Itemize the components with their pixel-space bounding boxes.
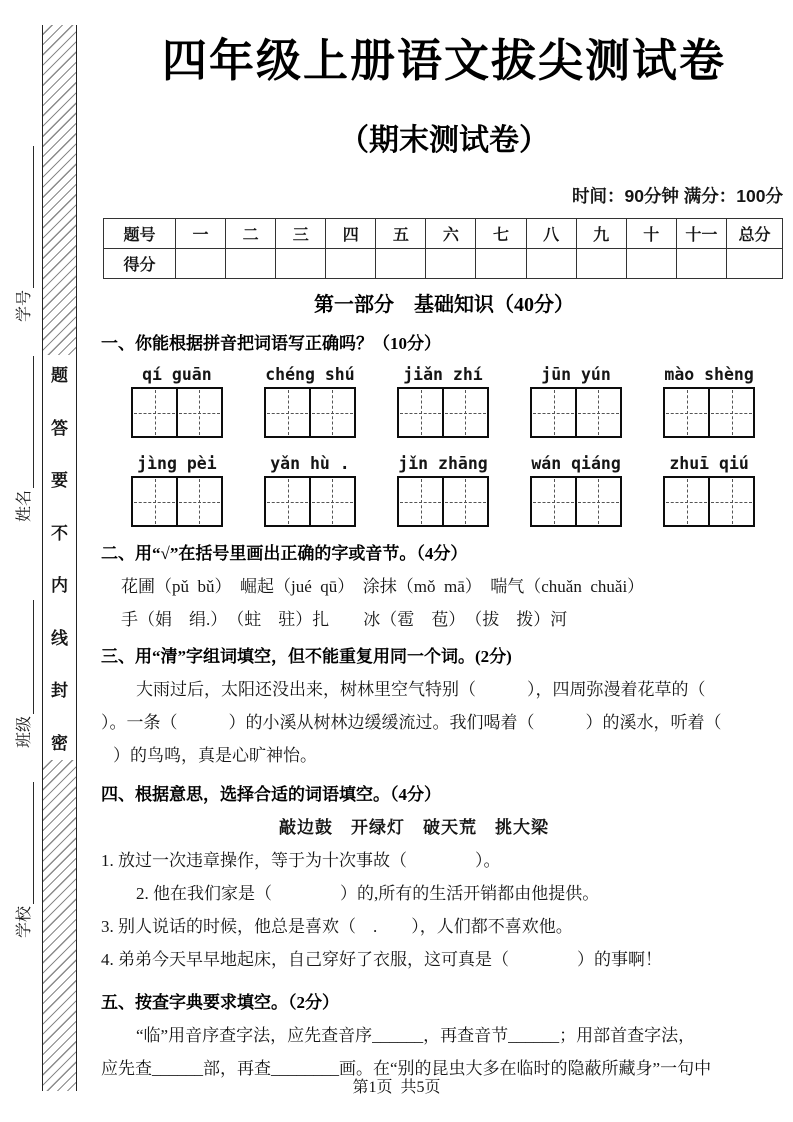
pinyin-label: chéng shú xyxy=(265,365,354,384)
score-row-label: 得分 xyxy=(104,249,176,279)
seal-hatch-top xyxy=(43,25,76,355)
seal-char: 答 xyxy=(51,414,68,439)
writing-boxes xyxy=(663,476,755,527)
q4-item-3: 3. 别人说话的时候，他总是喜欢（ . ），人们都不喜欢他。 xyxy=(101,916,787,937)
score-table-cell: 九 xyxy=(576,219,626,249)
q3-line-2: ）。一条（ ）的小溪从树林边缓缓流过。我们喝着（ ）的溪水，听着（ xyxy=(101,712,787,733)
student-id-blank xyxy=(29,146,34,288)
q4-item-1: 1. 放过一次违章操作，等于为十次事故（ ）。 xyxy=(101,850,787,871)
writing-boxes xyxy=(131,387,223,438)
pinyin-label: jǐn zhāng xyxy=(398,454,487,473)
score-table-cell: 三 xyxy=(276,219,326,249)
score-table-cell: 总分 xyxy=(727,219,783,249)
seal-char: 题 xyxy=(51,361,68,386)
writing-box xyxy=(663,387,710,438)
score-table-cell: 六 xyxy=(426,219,476,249)
score-table-cell: 题号 xyxy=(104,219,176,249)
writing-box xyxy=(708,476,755,527)
score-table-cell: 二 xyxy=(226,219,276,249)
score-cell-empty xyxy=(426,249,476,279)
pinyin-group: jǐn zhāng xyxy=(397,454,489,527)
q2-line-1: 花圃（pǔ bǔ） 崛起（jué qū） 涂抹（mǒ mā） 喘气（chuǎn … xyxy=(101,576,787,597)
pinyin-group: yǎn hù . xyxy=(264,454,356,527)
pinyin-label: wán qiáng xyxy=(531,454,620,473)
writing-box xyxy=(176,476,223,527)
writing-boxes xyxy=(397,387,489,438)
score-cell-empty xyxy=(576,249,626,279)
score-cell-empty xyxy=(476,249,526,279)
seal-line-strip: 题 答 要 不 内 线 封 密 xyxy=(42,25,77,1091)
section1-heading: 第一部分 基础知识（40分） xyxy=(101,288,787,317)
class-label: 班级 xyxy=(11,714,34,748)
score-cell-empty xyxy=(176,249,226,279)
score-table-cell: 七 xyxy=(476,219,526,249)
exam-page: 学号 姓名 班级 学校 题 答 要 不 内 线 封 密 xyxy=(0,0,793,1122)
q2-heading: 二、用“√”在括号里画出正确的字或音节。（4分） xyxy=(101,539,787,564)
writing-box xyxy=(530,476,577,527)
score-table-cell: 十一 xyxy=(676,219,726,249)
student-name-field: 姓名 xyxy=(8,356,34,522)
exam-content: 四年级上册语文拔尖测试卷 （期末测试卷） 时间：90分钟 满分：100分 题号 … xyxy=(101,0,787,1122)
pinyin-group: jūn yún xyxy=(530,365,622,438)
score-cell-empty xyxy=(626,249,676,279)
pinyin-group: mào shèng xyxy=(663,365,755,438)
seal-line-text: 题 答 要 不 内 线 封 密 xyxy=(43,355,76,760)
writing-box xyxy=(575,387,622,438)
writing-box xyxy=(530,387,577,438)
q1-heading: 一、你能根据拼音把词语写正确吗？（10分） xyxy=(101,329,787,354)
writing-boxes xyxy=(264,476,356,527)
writing-box xyxy=(131,387,178,438)
score-table-header-row: 题号 一 二 三 四 五 六 七 八 九 十 十一 总分 xyxy=(104,219,783,249)
seal-margin: 学号 姓名 班级 学校 题 答 要 不 内 线 封 密 xyxy=(0,0,100,1122)
q5-line-1: “临”用音序查字法，应先查音序______，再查音节______；用部首查字法， xyxy=(101,1025,787,1046)
school-field: 学校 xyxy=(8,782,34,938)
q4-item-2: 2. 他在我们家是（ ）的,所有的生活开销都由他提供。 xyxy=(101,883,787,904)
student-name-blank xyxy=(29,356,34,488)
pinyin-label: zhuī qiú xyxy=(669,454,748,473)
score-table-cell: 十 xyxy=(626,219,676,249)
seal-char: 内 xyxy=(51,571,68,596)
q1-pinyin-row-2: jìng pèi yǎn hù . jǐn zhāng wán qiáng zh… xyxy=(101,454,787,527)
pinyin-label: jìng pèi xyxy=(137,454,216,473)
pinyin-label: yǎn hù . xyxy=(270,454,349,473)
pinyin-group: chéng shú xyxy=(264,365,356,438)
q4-item-4: 4. 弟弟今天早早地起床，自己穿好了衣服，这可真是（ ）的事啊！ xyxy=(101,949,787,970)
school-blank xyxy=(29,782,34,904)
seal-hatch-bottom xyxy=(43,760,76,1091)
writing-box xyxy=(309,476,356,527)
writing-box xyxy=(442,387,489,438)
writing-box xyxy=(663,476,710,527)
student-id-field: 学号 xyxy=(8,146,34,322)
pinyin-group: jiǎn zhí xyxy=(397,365,489,438)
q4-word-bank: 敲边鼓 开绿灯 破天荒 挑大梁 xyxy=(101,817,787,838)
student-name-label: 姓名 xyxy=(11,488,34,522)
school-label: 学校 xyxy=(11,904,34,938)
score-table: 题号 一 二 三 四 五 六 七 八 九 十 十一 总分 得分 xyxy=(103,218,783,279)
score-cell-empty xyxy=(326,249,376,279)
pinyin-label: jiǎn zhí xyxy=(403,365,482,384)
pinyin-group: zhuī qiú xyxy=(663,454,755,527)
q2-line-2: 手（娟 绢.） （蛀 驻）扎 冰（雹 苞） （拔 拨）河 xyxy=(101,609,787,630)
time-score-info: 时间：90分钟 满分：100分 xyxy=(101,183,787,208)
writing-box xyxy=(264,476,311,527)
q5-heading: 五、按查字典要求填空。（2分） xyxy=(101,988,787,1013)
seal-char: 不 xyxy=(51,519,68,544)
score-table-score-row: 得分 xyxy=(104,249,783,279)
writing-boxes xyxy=(530,387,622,438)
writing-boxes xyxy=(131,476,223,527)
writing-box xyxy=(309,387,356,438)
pinyin-group: jìng pèi xyxy=(131,454,223,527)
pinyin-label: qí guān xyxy=(142,365,212,384)
writing-box xyxy=(397,387,444,438)
pinyin-group: qí guān xyxy=(131,365,223,438)
writing-boxes xyxy=(530,476,622,527)
pinyin-label: mào shèng xyxy=(664,365,753,384)
q3-line-1: 大雨过后，太阳还没出来，树林里空气特别（ ），四周弥漫着花草的（ xyxy=(101,679,787,700)
writing-boxes xyxy=(264,387,356,438)
pinyin-label: jūn yún xyxy=(541,365,611,384)
score-cell-empty xyxy=(276,249,326,279)
score-table-cell: 五 xyxy=(376,219,426,249)
page-subtitle: （期末测试卷） xyxy=(101,115,787,159)
q3-heading: 三、用“清”字组词填空，但不能重复用同一个词。(2分) xyxy=(101,642,787,667)
pinyin-group: wán qiáng xyxy=(530,454,622,527)
score-cell-empty xyxy=(727,249,783,279)
page-title: 四年级上册语文拔尖测试卷 xyxy=(101,24,787,89)
score-table-cell: 四 xyxy=(326,219,376,249)
seal-char: 封 xyxy=(51,676,68,701)
writing-box xyxy=(442,476,489,527)
score-cell-empty xyxy=(676,249,726,279)
score-cell-empty xyxy=(226,249,276,279)
seal-char: 线 xyxy=(51,624,68,649)
seal-char: 要 xyxy=(51,466,68,491)
writing-box xyxy=(708,387,755,438)
score-cell-empty xyxy=(376,249,426,279)
q3-line-3: ）的鸟鸣，真是心旷神怡。 xyxy=(101,745,787,766)
seal-char: 密 xyxy=(51,729,68,754)
writing-box xyxy=(575,476,622,527)
class-field: 班级 xyxy=(8,600,34,748)
score-cell-empty xyxy=(526,249,576,279)
writing-box xyxy=(176,387,223,438)
writing-boxes xyxy=(397,476,489,527)
q4-heading: 四、根据意思，选择合适的词语填空。（4分） xyxy=(101,780,787,805)
writing-box xyxy=(397,476,444,527)
q1-pinyin-row-1: qí guān chéng shú jiǎn zhí jūn yún mào s… xyxy=(101,365,787,438)
student-id-label: 学号 xyxy=(11,288,34,322)
writing-boxes xyxy=(663,387,755,438)
score-table-cell: 八 xyxy=(526,219,576,249)
page-number: 第1页 共5页 xyxy=(0,1074,793,1097)
score-table-cell: 一 xyxy=(176,219,226,249)
writing-box xyxy=(264,387,311,438)
class-blank xyxy=(29,600,34,714)
writing-box xyxy=(131,476,178,527)
